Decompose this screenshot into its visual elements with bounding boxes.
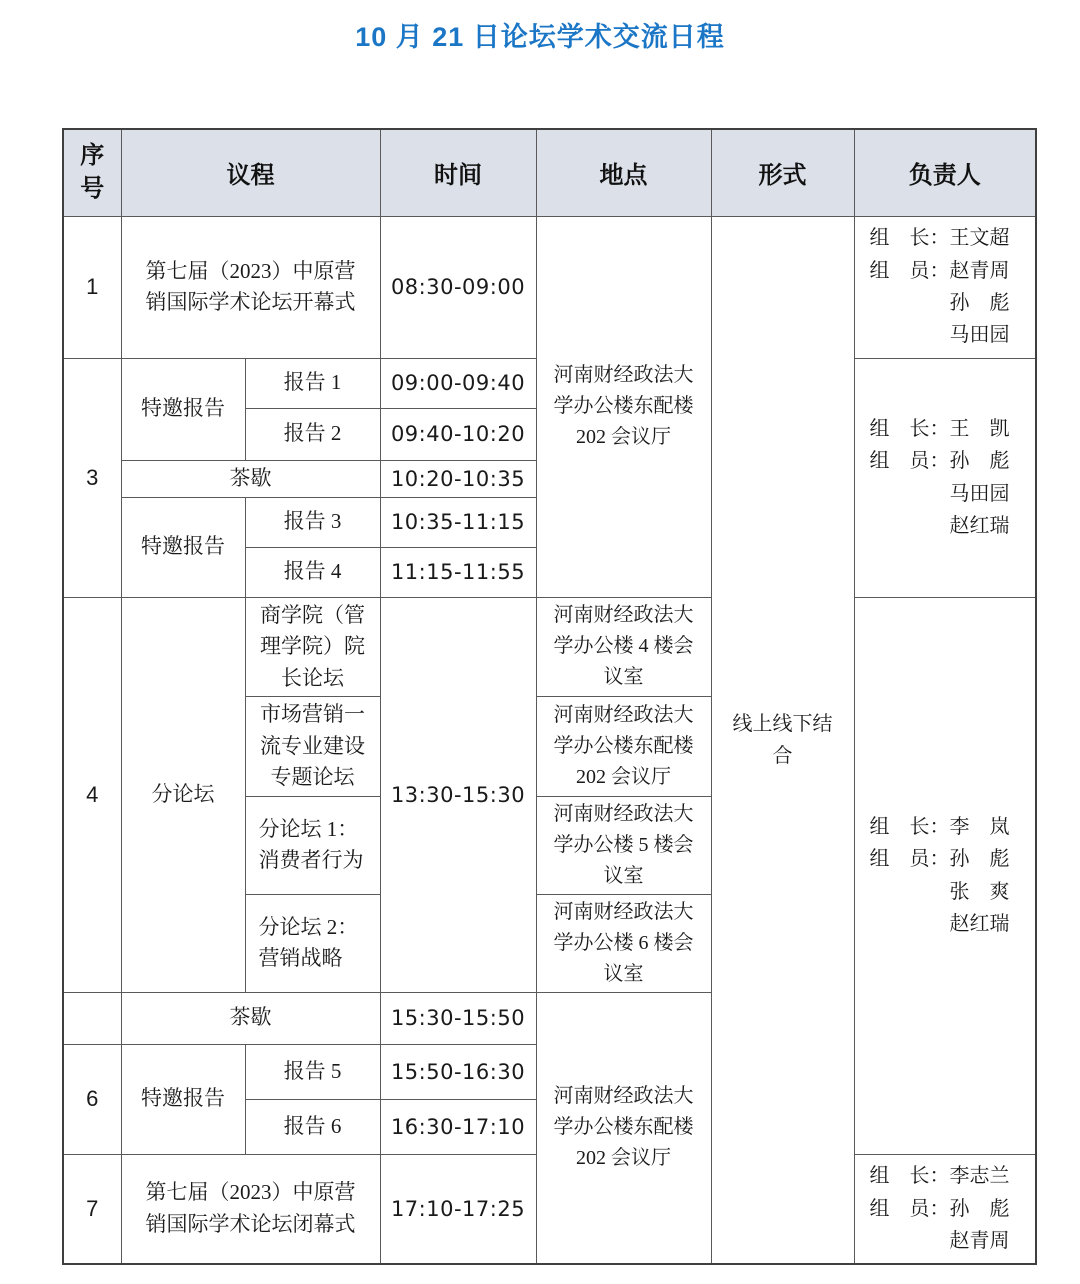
subforum-4-place: 河南财经政法大 学办公楼 6 楼会 议室 [536,894,711,992]
report-3-label: 报告 3 [245,497,380,547]
report-2-label: 报告 2 [245,408,380,460]
invited-group-2-label: 特邀报告 [121,497,245,597]
closing-time: 17:10-17:25 [380,1154,536,1264]
report-4-label: 报告 4 [245,547,380,597]
subforums-label: 分论坛 [121,597,245,992]
report-6-time: 16:30-17:10 [380,1099,536,1154]
tea-morning-label: 茶歇 [121,460,380,497]
header-agenda: 议程 [121,129,380,216]
opening-agenda: 第七届（2023）中原营 销国际学术论坛开幕式 [121,216,380,358]
report-4-time: 11:15-11:55 [380,547,536,597]
report-5-label: 报告 5 [245,1044,380,1099]
subforum-1-name: 商学院（管 理学院）院 长论坛 [245,597,380,697]
subforum-2-name: 市场营销一 流专业建设 专题论坛 [245,697,380,797]
page-title: 10 月 21 日论坛学术交流日程 [0,0,1080,54]
header-no: 序号 [63,129,121,216]
owner-invited-morning: 组 长：王 凯 组 员：孙 彪 马田园 赵红瑞 [854,358,1036,597]
schedule-page: 10 月 21 日论坛学术交流日程 序号 议程 时间 地点 形式 负责人 1 第… [0,0,1080,1284]
place-morning: 河南财经政法大 学办公楼东配楼 202 会议厅 [536,216,711,597]
subforum-1-place: 河南财经政法大 学办公楼 4 楼会 议室 [536,597,711,697]
invited-afternoon-no: 6 [63,1044,121,1154]
opening-time: 08:30-09:00 [380,216,536,358]
subforum-3-name: 分论坛 1： 消费者行为 [245,796,380,894]
subforum-4-name: 分论坛 2： 营销战略 [245,894,380,992]
subforums-time: 13:30-15:30 [380,597,536,992]
closing-no: 7 [63,1154,121,1264]
row-opening: 1 第七届（2023）中原营 销国际学术论坛开幕式 08:30-09:00 河南… [63,216,1036,358]
tea-afternoon-label: 茶歇 [121,992,380,1044]
report-1-time: 09:00-09:40 [380,358,536,408]
subforum-3-place: 河南财经政法大 学办公楼 5 楼会 议室 [536,796,711,894]
header-mode: 形式 [711,129,854,216]
header-owner: 负责人 [854,129,1036,216]
tea-morning-time: 10:20-10:35 [380,460,536,497]
invited-group-3-label: 特邀报告 [121,1044,245,1154]
report-1-label: 报告 1 [245,358,380,408]
place-afternoon: 河南财经政法大 学办公楼东配楼 202 会议厅 [536,992,711,1264]
tea-afternoon-no [63,992,121,1044]
header-place: 地点 [536,129,711,216]
owner-closing: 组 长：李志兰 组 员：孙 彪 赵青周 [854,1154,1036,1264]
invited-morning-no: 3 [63,358,121,597]
report-6-label: 报告 6 [245,1099,380,1154]
subforums-no: 4 [63,597,121,992]
subforum-2-place: 河南财经政法大 学办公楼东配楼 202 会议厅 [536,697,711,797]
report-5-time: 15:50-16:30 [380,1044,536,1099]
closing-agenda: 第七届（2023）中原营 销国际学术论坛闭幕式 [121,1154,380,1264]
header-row: 序号 议程 时间 地点 形式 负责人 [63,129,1036,216]
owner-subforums: 组 长：李 岚 组 员：孙 彪 张 爽 赵红瑞 [854,597,1036,1154]
schedule-table: 序号 议程 时间 地点 形式 负责人 1 第七届（2023）中原营 销国际学术论… [62,128,1037,1265]
opening-no: 1 [63,216,121,358]
mode-cell: 线上线下结 合 [711,216,854,1264]
row-subforum-1: 4 分论坛 商学院（管 理学院）院 长论坛 13:30-15:30 河南财经政法… [63,597,1036,697]
header-time: 时间 [380,129,536,216]
tea-afternoon-time: 15:30-15:50 [380,992,536,1044]
report-2-time: 09:40-10:20 [380,408,536,460]
invited-group-1-label: 特邀报告 [121,358,245,460]
owner-opening: 组 长：王文超 组 员：赵青周 孙 彪 马田园 [854,216,1036,358]
report-3-time: 10:35-11:15 [380,497,536,547]
